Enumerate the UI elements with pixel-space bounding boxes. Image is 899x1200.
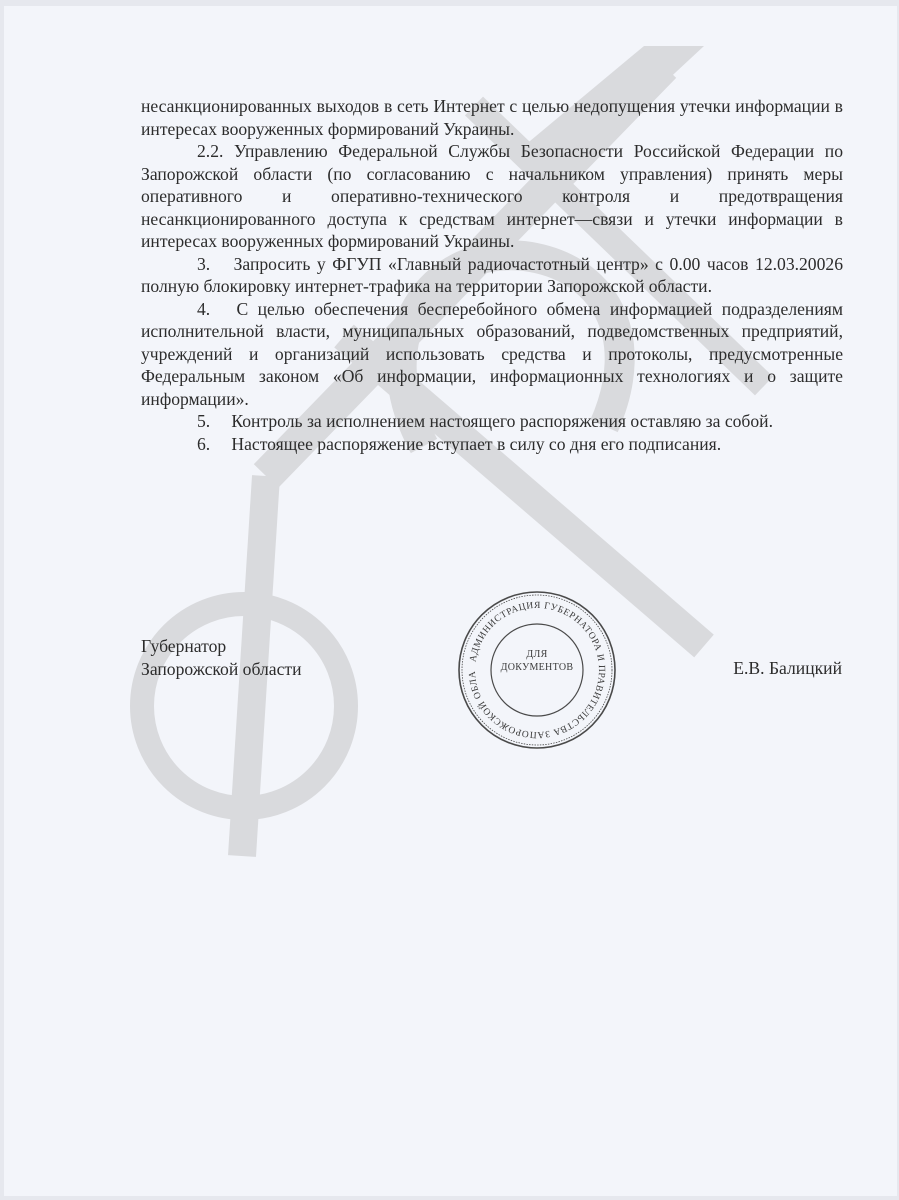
signatory-title-line2: Запорожской области (141, 658, 301, 681)
continuation-paragraph: несанкционированных выходов в сеть Интер… (141, 95, 843, 140)
seal-center-text: ДЛЯ ДОКУМЕНТОВ (456, 648, 618, 674)
clause-number: 6. (197, 433, 227, 456)
clause-text: Настоящее распоряжение вступает в силу с… (231, 434, 721, 454)
clause-number: 3. (197, 253, 227, 276)
clause-number: 4. (197, 298, 227, 321)
clause-4: 4. С целью обеспечения бесперебойного об… (141, 298, 843, 411)
clause-2-2: 2.2. Управлению Федеральной Службы Безоп… (141, 140, 843, 253)
clause-text: Контроль за исполнением настоящего распо… (231, 411, 773, 431)
signatory-title: Губернатор Запорожской области (141, 635, 301, 680)
clause-number: 5. (197, 410, 227, 433)
clause-number: 2.2. (197, 141, 223, 161)
document-body: несанкционированных выходов в сеть Интер… (141, 95, 843, 455)
seal-center-line2: ДОКУМЕНТОВ (456, 661, 618, 674)
clause-6: 6. Настоящее распоряжение вступает в сил… (141, 433, 843, 456)
clause-text: Управлению Федеральной Службы Безопаснос… (141, 141, 843, 251)
clause-text: С целью обеспечения бесперебойного обмен… (141, 299, 843, 409)
signatory-name: Е.В. Балицкий (733, 657, 842, 680)
clause-3: 3. Запросить у ФГУП «Главный радиочастот… (141, 253, 843, 298)
document-page: несанкционированных выходов в сеть Интер… (4, 6, 897, 1196)
official-seal: АДМИНИСТРАЦИЯ ГУБЕРНАТОРА И ПРАВИТЕЛЬСТВ… (456, 589, 618, 751)
clause-text: Запросить у ФГУП «Главный радиочастотный… (141, 254, 843, 297)
seal-center-line1: ДЛЯ (456, 648, 618, 661)
clause-5: 5. Контроль за исполнением настоящего ра… (141, 410, 843, 433)
signatory-title-line1: Губернатор (141, 635, 301, 658)
